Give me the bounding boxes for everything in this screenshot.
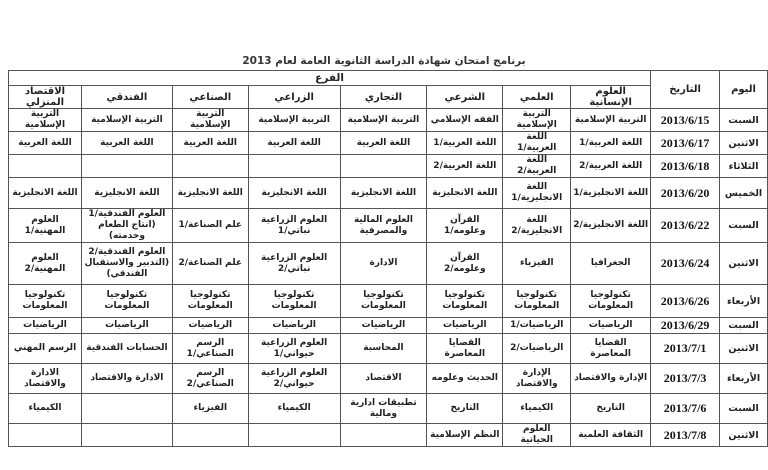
- subject-cell: اللغة العربية: [81, 132, 172, 155]
- date-cell: 2013/6/24: [651, 243, 720, 285]
- subject-cell: التربية الإسلامية: [503, 109, 571, 132]
- subject-cell: التربية الإسلامية: [340, 109, 427, 132]
- subject-cell: علم الصناعة/2: [172, 243, 248, 285]
- date-cell: 2013/6/17: [651, 132, 720, 155]
- day-cell: الخميس: [720, 178, 768, 209]
- subject-cell: التربية الإسلامية: [248, 109, 340, 132]
- subject-cell: العلوم الحياتية: [503, 424, 571, 447]
- date-cell: 2013/7/6: [651, 394, 720, 424]
- subject-cell: العلوم الفندقية/2 (التدبير والاستقبال ال…: [81, 243, 172, 285]
- subject-cell: التربية الإسلامية: [9, 109, 82, 132]
- subject-cell: القرآن وعلومه/1: [427, 209, 503, 243]
- subject-cell: الادارة والاقتصاد: [81, 364, 172, 394]
- subject-cell: اللغة الانجليزية/2: [503, 209, 571, 243]
- subject-cell: اللغة العربية: [172, 132, 248, 155]
- table-row: الاثنين2013/6/24الجغرافياالفيزياءالقرآن …: [9, 243, 768, 285]
- subject-cell: اللغة العربية/2: [503, 155, 571, 178]
- subject-cell: تكنولوجيا المعلومات: [340, 285, 427, 318]
- subject-cell: اللغة الانجليزية: [81, 178, 172, 209]
- table-row: الاثنين2013/6/17اللغة العربية/1اللغة الع…: [9, 132, 768, 155]
- subject-cell: الادارة: [340, 243, 427, 285]
- header-branch: الفرع: [9, 71, 651, 86]
- subject-cell: تكنولوجيا المعلومات: [427, 285, 503, 318]
- date-cell: 2013/7/1: [651, 334, 720, 364]
- subject-cell: تكنولوجيا المعلومات: [503, 285, 571, 318]
- subject-cell: الجغرافيا: [571, 243, 651, 285]
- subject-cell: النظم الإسلامية: [427, 424, 503, 447]
- day-cell: الأربعاء: [720, 364, 768, 394]
- subject-cell: الرياضيات: [9, 318, 82, 334]
- date-cell: 2013/7/8: [651, 424, 720, 447]
- subject-cell: اللغة الانجليزية: [427, 178, 503, 209]
- subject-cell: [172, 155, 248, 178]
- subject-cell: القضايا المعاصرة: [427, 334, 503, 364]
- subject-cell: اللغة الانجليزية/2: [571, 209, 651, 243]
- subject-cell: [248, 155, 340, 178]
- subject-cell: الفقه الإسلامي: [427, 109, 503, 132]
- header-branch-scientific: العلمي: [503, 86, 571, 109]
- subject-cell: [248, 424, 340, 447]
- subject-cell: الإدارة والاقتصاد: [571, 364, 651, 394]
- subject-cell: اللغة الانجليزية: [340, 178, 427, 209]
- subject-cell: الرسم المهني: [9, 334, 82, 364]
- subject-cell: اللغة العربية/1: [427, 132, 503, 155]
- subject-cell: [9, 155, 82, 178]
- day-cell: الاثنين: [720, 243, 768, 285]
- date-cell: 2013/6/26: [651, 285, 720, 318]
- subject-cell: العلوم المهنية/2: [9, 243, 82, 285]
- page-title: برنامج امتحان شهادة الدراسة الثانوية الع…: [0, 55, 768, 67]
- subject-cell: تكنولوجيا المعلومات: [9, 285, 82, 318]
- subject-cell: التاريخ: [571, 394, 651, 424]
- subject-cell: اللغة الانجليزية: [248, 178, 340, 209]
- subject-cell: الرياضيات: [172, 318, 248, 334]
- subject-cell: [340, 424, 427, 447]
- subject-cell: الرسم الصناعي/2: [172, 364, 248, 394]
- subject-cell: اللغة العربية/2: [571, 155, 651, 178]
- header-branch-sharia: الشرعي: [427, 86, 503, 109]
- subject-cell: الفيزياء: [172, 394, 248, 424]
- subject-cell: اللغة العربية: [248, 132, 340, 155]
- header-date: التاريخ: [651, 71, 720, 109]
- subject-cell: الثقافة العلمية: [571, 424, 651, 447]
- subject-cell: [340, 155, 427, 178]
- header-branch-humanities: العلوم الإنسانية: [571, 86, 651, 109]
- subject-cell: تكنولوجيا المعلومات: [571, 285, 651, 318]
- subject-cell: اللغة العربية/1: [571, 132, 651, 155]
- subject-cell: الرياضيات: [571, 318, 651, 334]
- subject-cell: التربية الإسلامية: [172, 109, 248, 132]
- table-row: الاثنين2013/7/1القضايا المعاصرةالرياضيات…: [9, 334, 768, 364]
- subject-cell: اللغة العربية/2: [427, 155, 503, 178]
- subject-cell: الادارة والاقتصاد: [9, 364, 82, 394]
- day-cell: الاثنين: [720, 334, 768, 364]
- subject-cell: التاريخ: [427, 394, 503, 424]
- header-branch-industrial: الصناعي: [172, 86, 248, 109]
- subject-cell: اللغة العربية: [340, 132, 427, 155]
- date-cell: 2013/6/20: [651, 178, 720, 209]
- subject-cell: [172, 424, 248, 447]
- subject-cell: العلوم الزراعية نباتي/2: [248, 243, 340, 285]
- day-cell: السبت: [720, 109, 768, 132]
- header-branch-agricultural: الزراعي: [248, 86, 340, 109]
- subject-cell: اللغة الانجليزية: [9, 178, 82, 209]
- table-row: السبت2013/6/15التربية الإسلاميةالتربية ا…: [9, 109, 768, 132]
- subject-cell: [81, 394, 172, 424]
- subject-cell: الفيزياء: [503, 243, 571, 285]
- subject-cell: [9, 424, 82, 447]
- subject-cell: تكنولوجيا المعلومات: [172, 285, 248, 318]
- subject-cell: [81, 424, 172, 447]
- subject-cell: الحسابات الفندقية: [81, 334, 172, 364]
- table-row: الاثنين2013/7/8الثقافة العلميةالعلوم الح…: [9, 424, 768, 447]
- subject-cell: المحاسبة: [340, 334, 427, 364]
- subject-cell: الرسم الصناعي/1: [172, 334, 248, 364]
- header-branch-commercial: التجاري: [340, 86, 427, 109]
- subject-cell: الكيمياء: [503, 394, 571, 424]
- subject-cell: التربية الإسلامية: [81, 109, 172, 132]
- subject-cell: العلوم الزراعية نباتي/1: [248, 209, 340, 243]
- subject-cell: العلوم الزراعية حيواني/1: [248, 334, 340, 364]
- exam-schedule-table: اليوم التاريخ الفرع العلوم الإنسانية الع…: [8, 70, 768, 447]
- date-cell: 2013/6/29: [651, 318, 720, 334]
- date-cell: 2013/6/22: [651, 209, 720, 243]
- subject-cell: القرآن وعلومه/2: [427, 243, 503, 285]
- date-cell: 2013/6/18: [651, 155, 720, 178]
- subject-cell: العلوم المالية والمصرفية: [340, 209, 427, 243]
- subject-cell: اللغة العربية/1: [503, 132, 571, 155]
- table-row: السبت2013/6/22اللغة الانجليزية/2اللغة ال…: [9, 209, 768, 243]
- subject-cell: اللغة الانجليزية/1: [503, 178, 571, 209]
- subject-cell: التربية الإسلامية: [571, 109, 651, 132]
- subject-cell: [81, 155, 172, 178]
- subject-cell: الإدارة والاقتصاد: [503, 364, 571, 394]
- subject-cell: تكنولوجيا المعلومات: [248, 285, 340, 318]
- day-cell: السبت: [720, 209, 768, 243]
- table-row: الثلاثاء2013/6/18اللغة العربية/2اللغة ال…: [9, 155, 768, 178]
- subject-cell: العلوم المهنية/1: [9, 209, 82, 243]
- date-cell: 2013/6/15: [651, 109, 720, 132]
- day-cell: السبت: [720, 394, 768, 424]
- table-row: السبت2013/7/6التاريخالكيمياءالتاريختطبيق…: [9, 394, 768, 424]
- subject-cell: الحديث وعلومه: [427, 364, 503, 394]
- day-cell: السبت: [720, 318, 768, 334]
- header-branch-hotel: الفندقي: [81, 86, 172, 109]
- day-cell: الأربعاء: [720, 285, 768, 318]
- subject-cell: تطبيقات ادارية ومالية: [340, 394, 427, 424]
- subject-cell: علم الصناعة/1: [172, 209, 248, 243]
- subject-cell: الرياضيات/2: [503, 334, 571, 364]
- header-day: اليوم: [720, 71, 768, 109]
- subject-cell: العلوم الزراعية حيواني/2: [248, 364, 340, 394]
- subject-cell: تكنولوجيا المعلومات: [81, 285, 172, 318]
- table-row: الخميس2013/6/20اللغة الانجليزية/1اللغة ا…: [9, 178, 768, 209]
- day-cell: الاثنين: [720, 132, 768, 155]
- subject-cell: القضايا المعاصرة: [571, 334, 651, 364]
- table-row: السبت2013/6/29الرياضياتالرياضيات/1الرياض…: [9, 318, 768, 334]
- subject-cell: اللغة العربية: [9, 132, 82, 155]
- subject-cell: العلوم الفندقية/1 (انتاج الطعام وخدمته): [81, 209, 172, 243]
- table-row: الأربعاء2013/7/3الإدارة والاقتصادالإدارة…: [9, 364, 768, 394]
- subject-cell: الكيمياء: [9, 394, 82, 424]
- subject-cell: الرياضيات: [427, 318, 503, 334]
- subject-cell: الرياضيات: [340, 318, 427, 334]
- day-cell: الاثنين: [720, 424, 768, 447]
- subject-cell: اللغة الانجليزية: [172, 178, 248, 209]
- subject-cell: الكيمياء: [248, 394, 340, 424]
- subject-cell: الاقتصاد: [340, 364, 427, 394]
- subject-cell: الرياضيات: [248, 318, 340, 334]
- date-cell: 2013/7/3: [651, 364, 720, 394]
- subject-cell: اللغة الانجليزية/1: [571, 178, 651, 209]
- subject-cell: الرياضيات: [81, 318, 172, 334]
- header-branch-home-economics: الاقتصاد المنزلي: [9, 86, 82, 109]
- subject-cell: الرياضيات/1: [503, 318, 571, 334]
- table-row: الأربعاء2013/6/26تكنولوجيا المعلوماتتكنو…: [9, 285, 768, 318]
- day-cell: الثلاثاء: [720, 155, 768, 178]
